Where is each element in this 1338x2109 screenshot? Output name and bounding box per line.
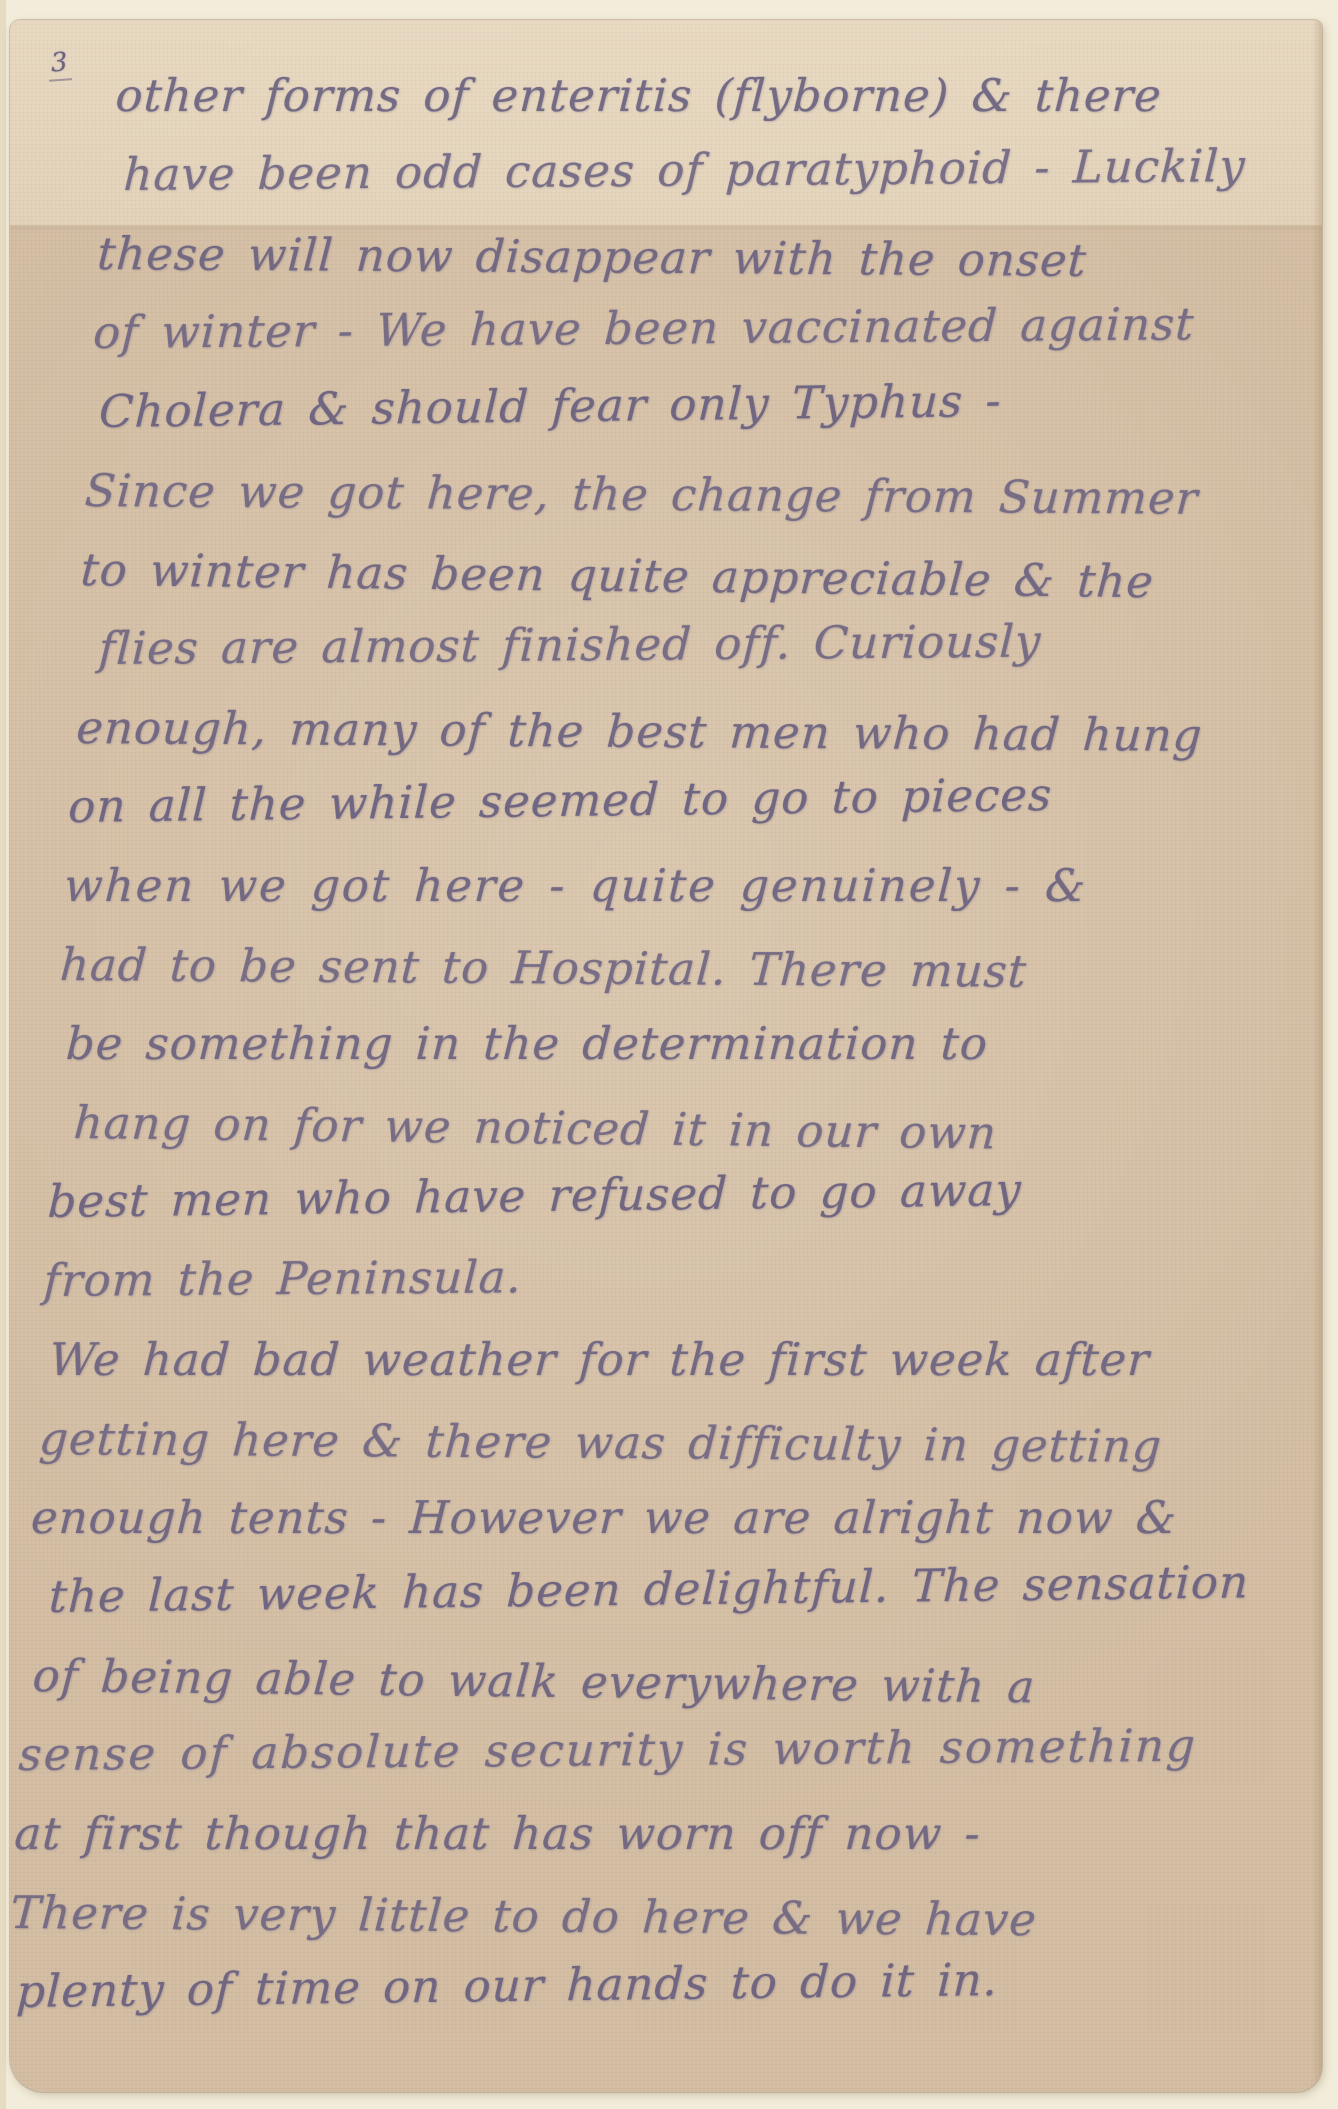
handwritten-line: getting here & there was difficulty in g… (37, 1399, 1297, 1487)
handwritten-line: the last week has been delightful. The s… (47, 1542, 1289, 1636)
handwritten-text-block: other forms of enteritis (flyborne) & th… (10, 56, 1322, 2031)
page-number: 3 (47, 47, 72, 81)
handwritten-line: when we got here - quite genuinely - & (62, 846, 1322, 925)
handwritten-line: from the Peninsula. (42, 1231, 1306, 1320)
handwritten-line: plenty of time on our hands to do it in. (15, 1937, 1269, 2031)
handwritten-line: best men who have refused to go away (46, 1147, 1310, 1241)
letter-page: 3 other forms of enteritis (flyborne) & … (10, 20, 1322, 2092)
handwritten-line: had to be sent to Hospital. There must (58, 925, 1322, 1013)
handwritten-line: We had bad weather for the first week af… (47, 1320, 1301, 1399)
handwritten-line: Since we got here, the change from Summe… (83, 451, 1322, 539)
handwritten-line: flies are almost finished off. Curiously (97, 599, 1322, 688)
handwritten-line: sense of absolute security is worth some… (17, 1705, 1281, 1794)
handwritten-line: be something in the determination to (64, 1004, 1318, 1083)
handwritten-line: at first though that has worn off now - (13, 1794, 1277, 1873)
handwritten-line: have been odd cases of paratyphoid - Luc… (122, 125, 1322, 214)
handwritten-line: other forms of enteritis (flyborne) & th… (114, 56, 1322, 135)
scan-background: 3 other forms of enteritis (flyborne) & … (0, 0, 1338, 2109)
handwritten-line: on all the while seemed to go to pieces (67, 752, 1322, 846)
handwritten-line: Cholera & should fear only Typhus - (98, 357, 1322, 451)
